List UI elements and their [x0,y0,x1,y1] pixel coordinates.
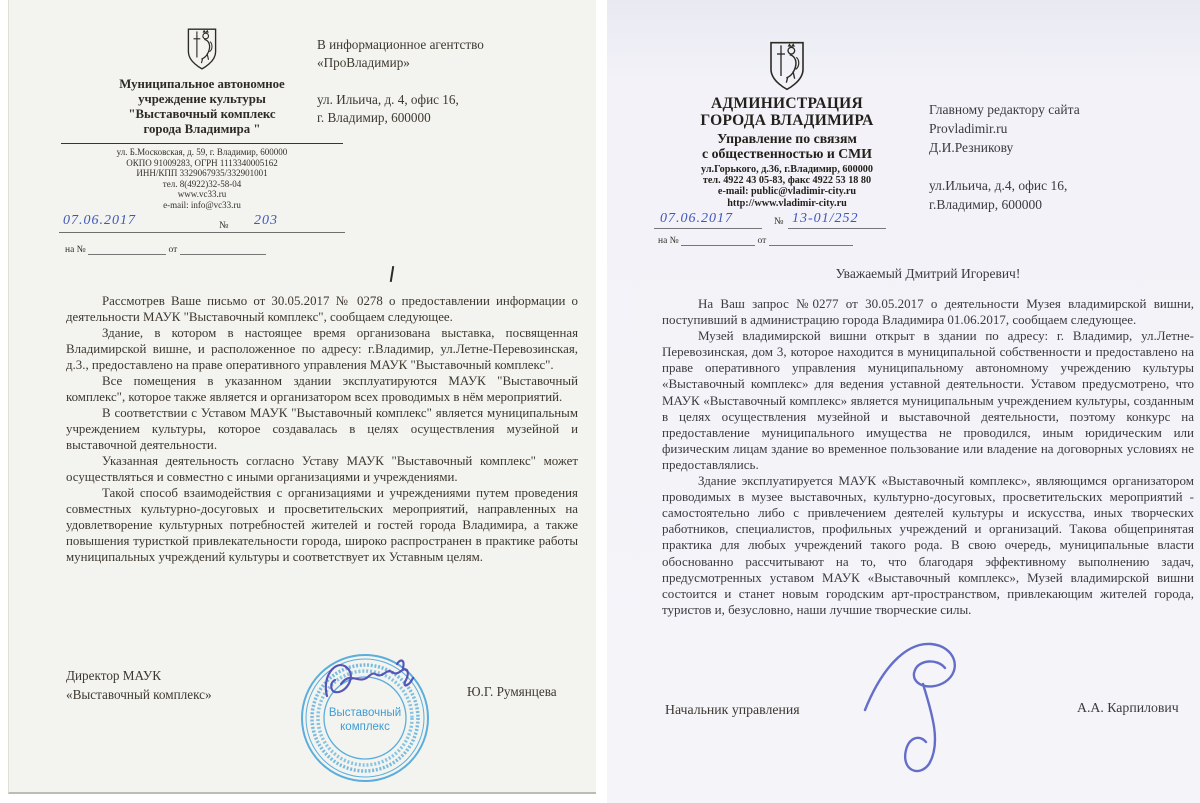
body-paragraph: Указанная деятельность согласно Уставу М… [66,453,578,485]
org-line: "Выставочный комплекс [59,107,345,122]
address-line: ул.Горького, д.36, г.Владимир, 600000 [652,164,922,175]
vladimir-coat-of-arms-icon [185,26,219,72]
sender-dept: Управление по связям с общественностью и… [652,131,922,161]
na-label: на № [658,236,679,246]
body-paragraph: Музей владимирской вишни открыт в здании… [662,328,1194,473]
vladimir-coat-of-arms-icon [767,40,807,92]
stamp-text-line: Выставочный [329,707,401,719]
body-paragraph: Здание эксплуатируется МАУК «Выставочный… [662,473,1194,618]
signer-position-line: Директор МАУК [66,666,212,685]
recipient-line: ул. Ильича, д. 4, офис 16, [317,91,572,109]
na-label: на № [65,245,86,255]
ref-underline [180,244,266,255]
address-line: e-mail: public@vladimir-city.ru [652,186,922,197]
address-line: тел. 8(4922)32-58-04 [59,179,345,190]
org-line: ГОРОДА ВЛАДИМИРА [652,113,922,130]
letterhead-divider [61,143,343,144]
address-line: ОКПО 91009283, ОГРН 1113340005162 [59,158,345,169]
org-line: города Владимира " [59,122,345,137]
letter-page-right: АДМИНИСТРАЦИЯ ГОРОДА ВЛАДИМИРА Управлени… [607,0,1200,803]
chief-signature-icon [847,630,997,780]
signer-position-line: «Выставочный комплекс» [66,685,212,704]
recipient-line: г.Владимир, 600000 [929,195,1179,214]
dept-line: с общественностью и СМИ [652,146,922,161]
recipient-line: «ПроВладимир» [317,54,572,72]
letter-body: Рассмотрев Ваше письмо от 30.05.2017 № 0… [66,293,578,565]
sender-address-block: ул. Б.Московская, д. 59, г. Владимир, 60… [59,147,345,211]
org-line: АДМИНИСТРАЦИЯ [652,96,922,113]
body-paragraph: В соответствии с Уставом МАУК "Выставочн… [66,405,578,453]
recipient-line: Главному редактору сайта [929,100,1179,119]
handwritten-page-mark [390,266,394,282]
signer-name: А.А. Карпилович [1077,700,1179,716]
right-letterhead: АДМИНИСТРАЦИЯ ГОРОДА ВЛАДИМИРА Управлени… [652,40,922,246]
body-paragraph: Такой способ взаимодействия с организаци… [66,485,578,565]
address-line: e-mail: info@vc33.ru [59,200,345,211]
body-paragraph: Здание, в котором в настоящее время орга… [66,325,578,373]
number-sign: № [774,216,784,227]
ref-underline [788,218,886,229]
ref-underline [681,235,755,246]
handwritten-doc-number: 203 [254,213,278,229]
dept-line: Управление по связям [652,131,922,146]
sender-org-name: Муниципальное автономное учреждение куль… [59,77,345,137]
scanned-letters: Муниципальное автономное учреждение куль… [0,0,1200,803]
stamp-text-line: комплекс [340,721,390,733]
recipient-line: г. Владимир, 600000 [317,109,572,127]
ref-underline [654,218,762,229]
number-sign: № [219,220,229,231]
signer-position: Директор МАУК «Выставочный комплекс» [66,666,212,704]
left-letterhead: Муниципальное автономное учреждение куль… [59,26,345,255]
ref-underline [88,244,166,255]
address-line: www.vc33.ru [59,189,345,200]
recipient-block: Главному редактору сайта Provladimir.ru … [929,100,1179,214]
recipient-line: Д.И.Резникову [929,138,1179,157]
signer-position: Начальник управления [665,700,800,719]
org-line: учреждение культуры [59,92,345,107]
letter-body: На Ваш запрос №0277 от 30.05.2017 о деят… [662,296,1194,618]
sender-address-block: ул.Горького, д.36, г.Владимир, 600000 те… [652,164,922,209]
handwritten-date: 07.06.2017 [63,213,136,229]
body-paragraph: Рассмотрев Ваше письмо от 30.05.2017 № 0… [66,293,578,325]
letter-page-left: Муниципальное автономное учреждение куль… [8,0,596,794]
salutation: Уважаемый Дмитрий Игоревич! [662,266,1194,282]
recipient-block: В информационное агентство «ПроВладимир»… [317,36,572,127]
official-seal-stamp: Выставочный комплекс [297,650,433,786]
address-line: ул. Б.Московская, д. 59, г. Владимир, 60… [59,147,345,158]
address-line: http://www.vladimir-city.ru [652,198,922,209]
org-line: Муниципальное автономное [59,77,345,92]
sender-org-name: АДМИНИСТРАЦИЯ ГОРОДА ВЛАДИМИРА [652,96,922,129]
ref-underline [769,235,853,246]
recipient-line: ул.Ильича, д.4, офис 16, [929,176,1179,195]
reply-ref-row: на № от [59,244,345,255]
recipient-line: Provladimir.ru [929,119,1179,138]
body-paragraph: На Ваш запрос №0277 от 30.05.2017 о деят… [662,296,1194,328]
ot-label: от [169,245,178,255]
address-line: ИНН/КПП 3329067935/332901001 [59,168,345,179]
recipient-line: В информационное агентство [317,36,572,54]
body-paragraph: Все помещения в указанном здании эксплуа… [66,373,578,405]
ot-label: от [758,236,767,246]
date-number-row: 07.06.2017 № 203 [59,215,345,233]
date-number-row: 07.06.2017 № 13-01/252 [652,211,922,229]
address-line: тел. 4922 43 05-83, факс 4922 53 18 80 [652,175,922,186]
reply-ref-row: на № от [652,235,922,246]
signer-name: Ю.Г. Румянцева [467,684,557,700]
